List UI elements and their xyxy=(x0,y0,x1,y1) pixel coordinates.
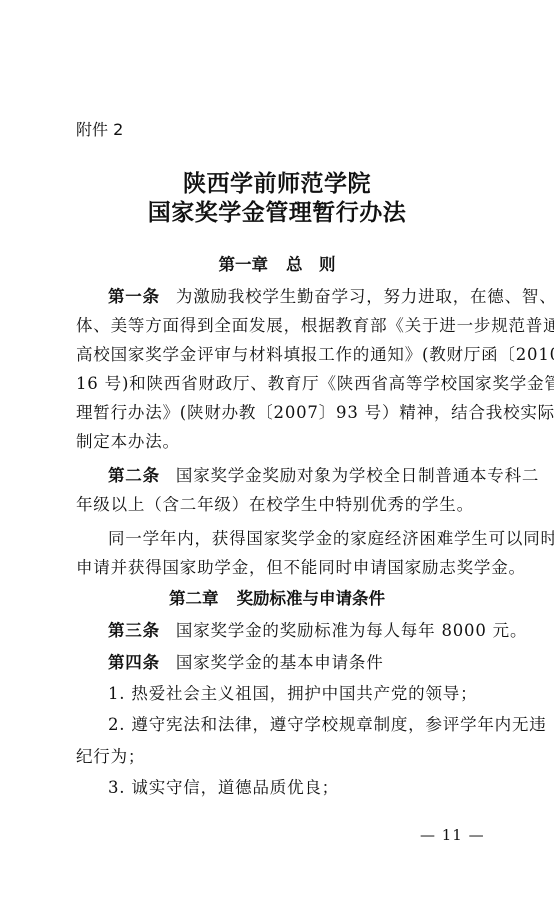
article-1-label: 第一条 xyxy=(108,287,160,306)
article-4-item-3: 3. 诚实守信，道德品质优良； xyxy=(108,778,339,798)
article-2-label: 第二条 xyxy=(108,466,160,485)
attachment-label: 附件 2 xyxy=(76,120,123,140)
article-1-line-3: 高校国家奖学金评审与材料填报工作的通知》(教财厅函〔2010〕 xyxy=(76,345,486,365)
article-4-text: 国家奖学金的基本申请条件 xyxy=(176,653,384,672)
article-1-first-line: 第一条为激励我校学生勤奋学习，努力进取，在德、智、 xyxy=(108,287,554,307)
chapter-1-name: 总 则 xyxy=(286,255,336,274)
chapter-2-number: 第二章 xyxy=(169,589,219,608)
article-1-line-6: 制定本办法。 xyxy=(76,432,180,452)
article-2-para2-line-2: 申请并获得国家助学金，但不能同时申请国家励志奖学金。 xyxy=(76,558,526,578)
article-2-line-2: 年级以上（含二年级）在校学生中特别优秀的学生。 xyxy=(76,495,474,515)
article-4-line: 第四条国家奖学金的基本申请条件 xyxy=(108,653,384,673)
article-3-text: 国家奖学金的奖励标准为每人每年 8000 元。 xyxy=(176,621,527,640)
article-1-text: 为激励我校学生勤奋学习，努力进取，在德、智、 xyxy=(176,287,554,306)
article-2-para2-line-1: 同一学年内，获得国家奖学金的家庭经济困难学生可以同时 xyxy=(108,529,486,549)
chapter-2-name: 奖励标准与申请条件 xyxy=(237,589,386,608)
article-4-item-2-cont: 纪行为； xyxy=(76,747,145,767)
document-page: 附件 2 陕西学前师范学院 国家奖学金管理暂行办法 第一章总 则 第一条为激励我… xyxy=(0,0,554,914)
chapter-1-heading: 第一章总 则 xyxy=(0,255,554,275)
article-1-line-2: 体、美等方面得到全面发展，根据教育部《关于进一步规范普通 xyxy=(76,316,486,336)
page-number: — 11 — xyxy=(420,826,485,844)
document-title-line2: 国家奖学金管理暂行办法 xyxy=(0,199,554,227)
chapter-2-heading: 第二章奖励标准与申请条件 xyxy=(0,589,554,609)
article-4-item-2: 2. 遵守宪法和法律，遵守学校规章制度，参评学年内无违 xyxy=(108,715,486,735)
article-3-line: 第三条国家奖学金的奖励标准为每人每年 8000 元。 xyxy=(108,621,527,641)
article-4-label: 第四条 xyxy=(108,653,160,672)
article-4-item-1: 1. 热爱社会主义祖国，拥护中国共产党的领导； xyxy=(108,684,477,704)
article-1-line-5: 理暂行办法》(陕财办教〔2007〕93 号）精神，结合我校实际， xyxy=(76,403,486,423)
chapter-1-number: 第一章 xyxy=(219,255,269,274)
article-1-line-4: 16 号)和陕西省财政厅、教育厅《陕西省高等学校国家奖学金管 xyxy=(76,374,486,394)
document-title-line1: 陕西学前师范学院 xyxy=(0,170,554,198)
article-2-text: 国家奖学金奖励对象为学校全日制普通本专科二 xyxy=(176,466,539,485)
article-3-label: 第三条 xyxy=(108,621,160,640)
article-2-first-line: 第二条国家奖学金奖励对象为学校全日制普通本专科二 xyxy=(108,466,539,486)
